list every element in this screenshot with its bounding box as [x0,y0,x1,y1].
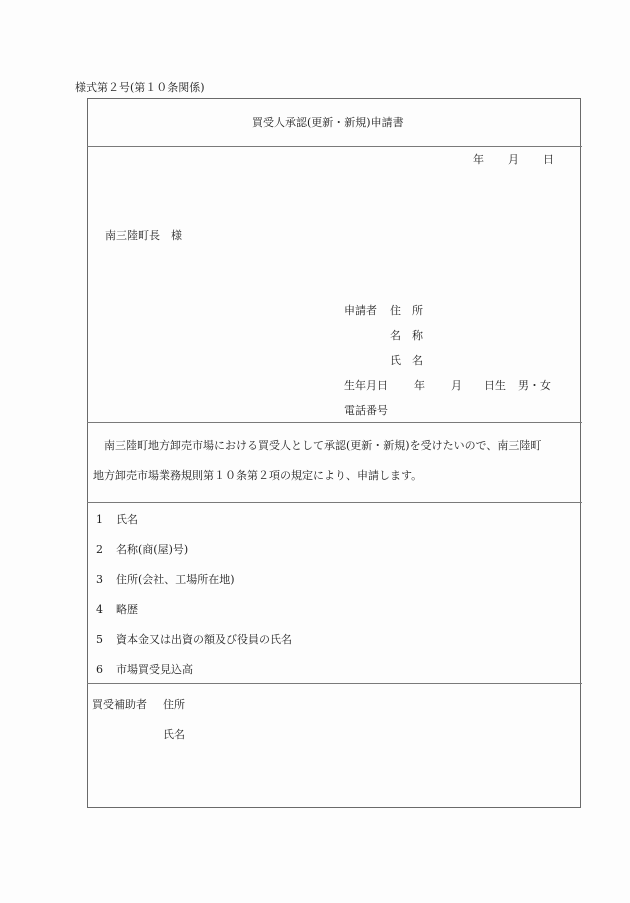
applicant-address-field[interactable]: 住 所 [390,304,423,318]
row-divider [87,683,582,684]
application-form-table [87,98,581,808]
addressee: 南三陸町長 様 [105,229,182,243]
list-item: 2名称(商(屋)号) [96,543,188,557]
gender-select[interactable]: 男・女 [518,379,551,393]
row-divider [87,422,582,423]
applicant-person-field[interactable]: 氏 名 [390,354,423,368]
assistant-address-field[interactable]: 住所 [163,698,185,712]
list-item: 1氏名 [96,513,138,527]
statement-line-1: 南三陸町地方卸売市場における買受人として承認(更新・新規)を受けたいので、南三陸… [104,439,541,453]
assistant-label: 買受補助者 [92,698,147,712]
row-divider [87,502,582,503]
phone-field[interactable]: 電話番号 [344,404,388,418]
birth-year[interactable]: 年 [414,379,425,393]
list-item: 6市場買受見込高 [96,663,193,677]
applicant-label: 申請者 [344,304,377,318]
list-item: 3住所(会社、工場所在地) [96,573,235,587]
row-divider [87,146,582,147]
form-label: 様式第２号(第１０条関係) [75,81,205,95]
form-title: 買受人承認(更新・新規)申請書 [252,116,404,130]
date-month[interactable]: 月 [508,153,519,167]
date-year[interactable]: 年 [473,153,484,167]
assistant-name-field[interactable]: 氏名 [163,728,185,742]
birth-month[interactable]: 月 [451,379,462,393]
birth-label: 生年月日 [344,379,388,393]
date-day[interactable]: 日 [543,153,554,167]
list-item: 4略歴 [96,603,138,617]
list-item: 5資本金又は出資の額及び役員の氏名 [96,633,292,647]
birth-day[interactable]: 日生 [484,379,506,393]
applicant-name-field[interactable]: 名 称 [390,329,423,343]
statement-line-2: 地方卸売市場業務規則第１０条第２項の規定により、申請します。 [93,469,422,483]
